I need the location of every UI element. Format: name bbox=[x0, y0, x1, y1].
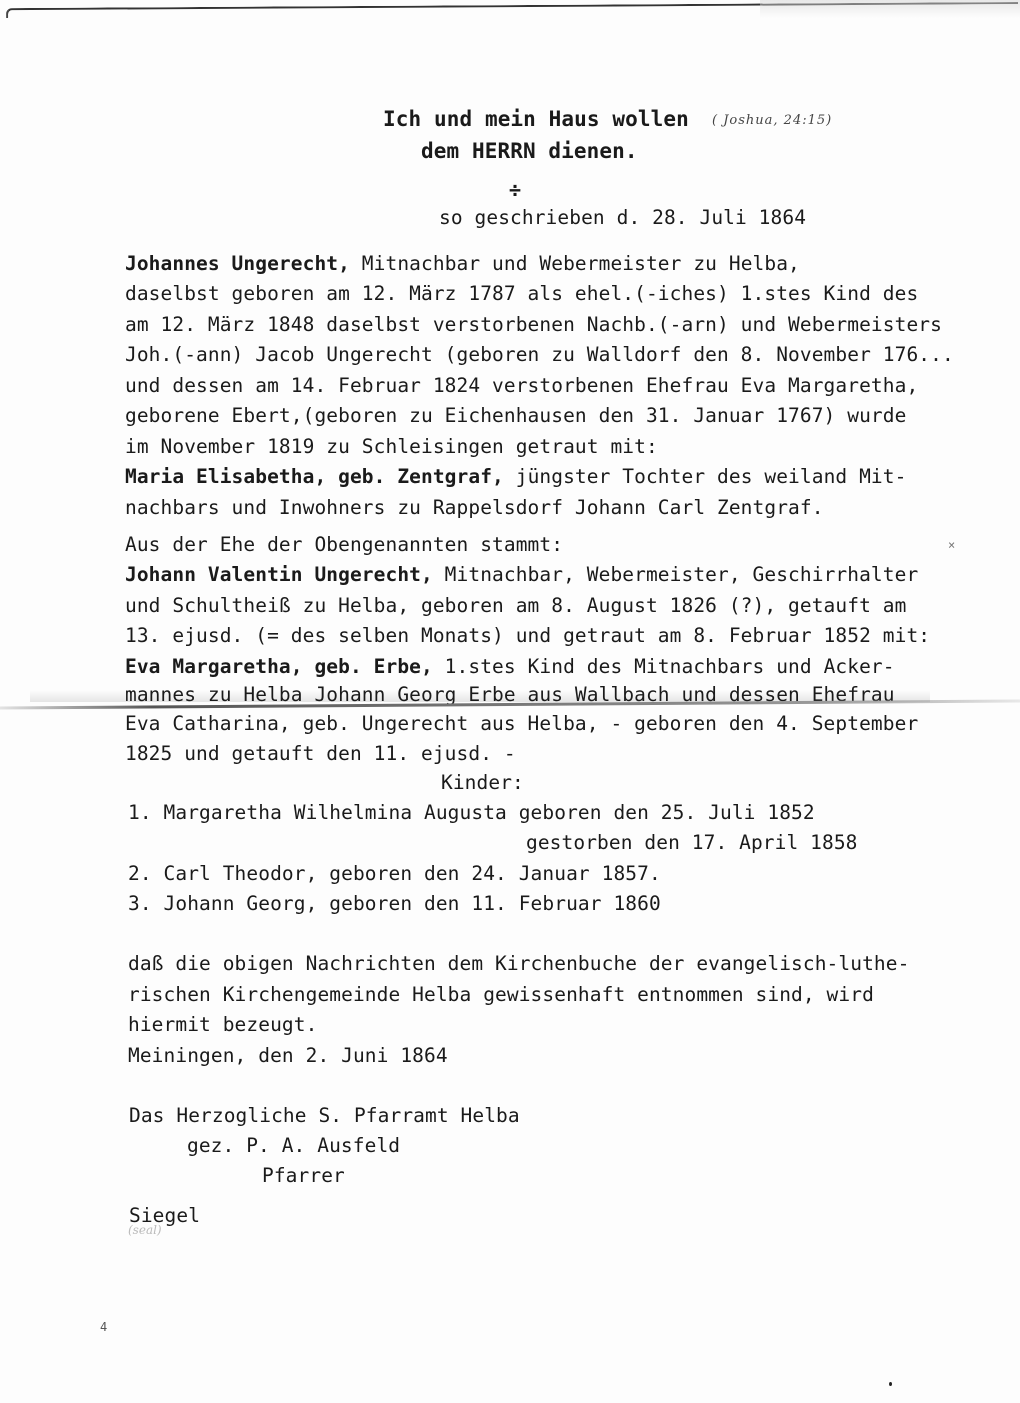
p2-line-5-text: 1.stes Kind des Mitnachbars und Acker- bbox=[433, 655, 895, 678]
p2-line-3: und Schultheiß zu Helba, geboren am 8. A… bbox=[125, 594, 906, 618]
p2-line-1: Aus der Ehe der Obengenannten stammt: bbox=[125, 533, 563, 557]
attestation-line-2: rischen Kirchengemeinde Helba gewissenha… bbox=[128, 983, 874, 1007]
p1-line-7: im November 1819 zu Schleisingen getraut… bbox=[125, 435, 658, 459]
p1-line-4: Joh.(-ann) Jacob Ungerecht (geboren zu W… bbox=[125, 343, 954, 367]
margin-cross-mark: × bbox=[948, 538, 955, 552]
handwritten-seal-note: (seal) bbox=[128, 1223, 162, 1237]
motto-line-1: Ich und mein Haus wollen bbox=[383, 107, 689, 131]
attestation-line-1: daß die obigen Nachrichten dem Kirchenbu… bbox=[128, 952, 909, 976]
p2-line-8: 1825 und getauft den 11. ejusd. - bbox=[125, 742, 516, 766]
p2-line-7: Eva Catharina, geb. Ungerecht aus Helba,… bbox=[125, 712, 918, 736]
person-name-maria: Maria Elisabetha, geb. Zentgraf, bbox=[125, 465, 504, 488]
p2-line-2-text: Mitnachbar, Webermeister, Geschirrhalter bbox=[433, 563, 918, 586]
p1-line-1-text: Mitnachbar und Webermeister zu Helba, bbox=[350, 252, 800, 275]
child-2: 2. Carl Theodor, geboren den 24. Januar … bbox=[128, 862, 661, 886]
divider-symbol: ÷ bbox=[509, 178, 521, 202]
pastor-title: Pfarrer bbox=[262, 1164, 345, 1188]
p1-line-6: geborene Ebert,(geboren zu Eichenhausen … bbox=[125, 404, 906, 428]
p1-line-9: nachbars und Inwohners zu Rappelsdorf Jo… bbox=[125, 496, 824, 520]
handwritten-bible-reference: ( Joshua, 24:15) bbox=[712, 113, 832, 128]
person-name-johannes: Johannes Ungerecht, bbox=[125, 252, 350, 275]
child-3: 3. Johann Georg, geboren den 11. Februar… bbox=[128, 892, 661, 916]
signed-by: gez. P. A. Ausfeld bbox=[187, 1134, 400, 1158]
p1-line-2: daselbst geboren am 12. März 1787 als eh… bbox=[125, 282, 918, 306]
attestation-line-3: hiermit bezeugt. bbox=[128, 1013, 317, 1037]
child-1: 1. Margaretha Wilhelmina Augusta geboren… bbox=[128, 801, 815, 825]
p2-line-4: 13. ejusd. (= des selben Monats) und get… bbox=[125, 624, 930, 648]
p2-line-5: Eva Margaretha, geb. Erbe, 1.stes Kind d… bbox=[125, 655, 895, 679]
scanned-document-page: Ich und mein Haus wollen ( Joshua, 24:15… bbox=[0, 0, 1020, 1403]
parish-office: Das Herzogliche S. Pfarramt Helba bbox=[129, 1104, 520, 1128]
person-name-eva-margaretha: Eva Margaretha, geb. Erbe, bbox=[125, 655, 433, 678]
place-date: Meiningen, den 2. Juni 1864 bbox=[128, 1044, 448, 1068]
scan-shadow bbox=[760, 0, 1020, 18]
scan-speck bbox=[889, 1382, 892, 1386]
p1-line-8-text: jüngster Tochter des weiland Mit- bbox=[504, 465, 907, 488]
p1-line-1: Johannes Ungerecht, Mitnachbar und Weber… bbox=[125, 252, 800, 276]
children-heading: Kinder: bbox=[441, 771, 524, 795]
page-corner-mark: 4 bbox=[100, 1320, 107, 1334]
person-name-johann-valentin: Johann Valentin Ungerecht, bbox=[125, 563, 433, 586]
dateline: so geschrieben d. 28. Juli 1864 bbox=[439, 206, 806, 230]
motto-line-2: dem HERRN dienen. bbox=[421, 139, 638, 163]
child-1-death: gestorben den 17. April 1858 bbox=[526, 831, 858, 855]
p1-line-5: und dessen am 14. Februar 1824 verstorbe… bbox=[125, 374, 918, 398]
p1-line-3: am 12. März 1848 daselbst verstorbenen N… bbox=[125, 313, 942, 337]
p1-line-8: Maria Elisabetha, geb. Zentgraf, jüngste… bbox=[125, 465, 906, 489]
p2-line-2: Johann Valentin Ungerecht, Mitnachbar, W… bbox=[125, 563, 918, 587]
